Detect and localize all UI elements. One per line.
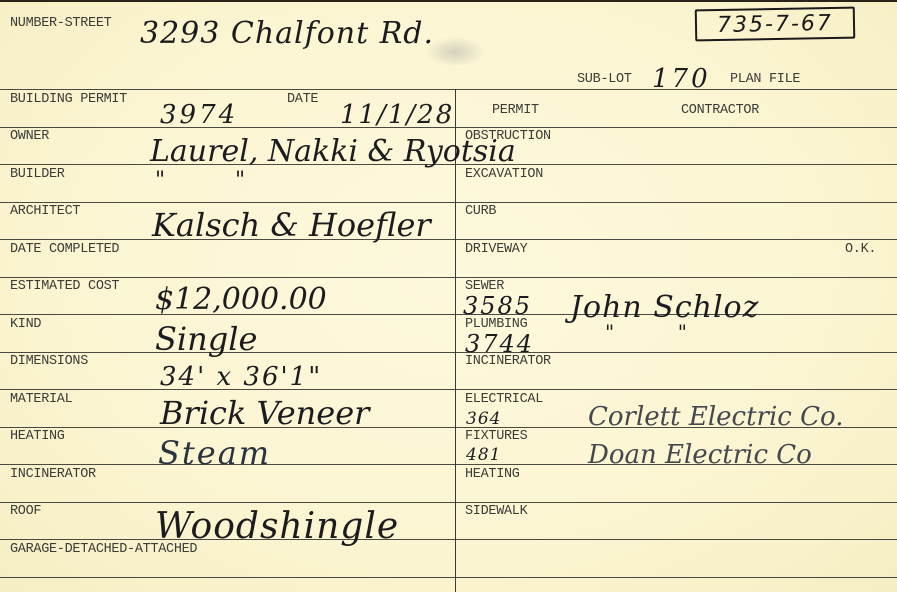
number-street-label: NUMBER-STREET: [10, 16, 111, 31]
garage-label: GARAGE-DETACHED-ATTACHED: [10, 542, 197, 557]
fixtures-label: FIXTURES: [465, 429, 527, 444]
rule-line: [0, 89, 897, 90]
builder-label: BUILDER: [10, 167, 65, 182]
plan-file-label: PLAN FILE: [730, 72, 800, 87]
sub-lot-label: SUB-LOT: [577, 72, 632, 87]
permit-column-header: PERMIT: [492, 103, 539, 118]
electrical-permit: 364: [466, 409, 501, 429]
building-permit-label: BUILDING PERMIT: [10, 92, 127, 107]
rule-line: [0, 539, 897, 540]
material-value: Brick Veneer: [160, 394, 369, 432]
building-permit-value: 3974: [160, 100, 238, 130]
heating-value: Steam: [158, 434, 271, 472]
kind-label: KIND: [10, 317, 41, 332]
roof-value: Woodshingle: [155, 506, 399, 547]
card-id-stamp: 735-7-67: [695, 7, 856, 42]
incinerator-label: INCINERATOR: [10, 467, 96, 482]
electrical-label: ELECTRICAL: [465, 392, 543, 407]
heating-label: HEATING: [10, 429, 65, 444]
kind-value: Single: [155, 320, 257, 358]
owner-value: Laurel, Nakki & Ryotsia: [150, 134, 516, 169]
fixtures-contractor: Doan Electric Co: [588, 440, 812, 470]
excavation-label: EXCAVATION: [465, 167, 543, 182]
date-completed-label: DATE COMPLETED: [10, 242, 119, 257]
rule-line: [0, 389, 897, 390]
electrical-contractor: Corlett Electric Co.: [588, 402, 843, 432]
plumbing-contractor: " ": [605, 320, 687, 344]
estimated-cost-label: ESTIMATED COST: [10, 279, 119, 294]
material-label: MATERIAL: [10, 392, 72, 407]
number-street-value: 3293 Chalfont Rd.: [140, 16, 434, 51]
architect-value: Kalsch & Hoefler: [152, 206, 431, 244]
dimensions-label: DIMENSIONS: [10, 354, 88, 369]
rule-line: [0, 314, 897, 315]
heating-permit-label: HEATING: [465, 467, 520, 482]
architect-label: ARCHITECT: [10, 204, 80, 219]
date-label: DATE: [287, 92, 318, 107]
curb-label: CURB: [465, 204, 496, 219]
rule-line: [0, 202, 897, 203]
sewer-permit: 3585: [463, 292, 532, 320]
rule-line: [0, 577, 897, 578]
rule-line: [0, 352, 897, 353]
sub-lot-value: 170: [652, 64, 711, 94]
driveway-ok-note: O.K.: [845, 242, 876, 257]
rule-line: [0, 239, 897, 240]
dimensions-value: 34' x 36'1": [160, 362, 322, 392]
rule-line: [0, 502, 897, 503]
rule-line: [0, 277, 897, 278]
builder-value: " ": [155, 168, 245, 193]
date-value: 11/1/28: [340, 100, 454, 130]
incinerator-permit-label: INCINERATOR: [465, 354, 551, 369]
owner-label: OWNER: [10, 129, 49, 144]
roof-label: ROOF: [10, 504, 41, 519]
sidewalk-label: SIDEWALK: [465, 504, 527, 519]
contractor-column-header: CONTRACTOR: [681, 103, 759, 118]
fixtures-permit: 481: [466, 445, 501, 465]
building-permit-card: 735-7-67 NUMBER-STREET 3293 Chalfont Rd.…: [0, 0, 897, 592]
estimated-cost-value: $12,000.00: [155, 282, 327, 317]
obstruction-label: OBSTRUCTION: [465, 129, 551, 144]
driveway-label: DRIVEWAY: [465, 242, 527, 257]
